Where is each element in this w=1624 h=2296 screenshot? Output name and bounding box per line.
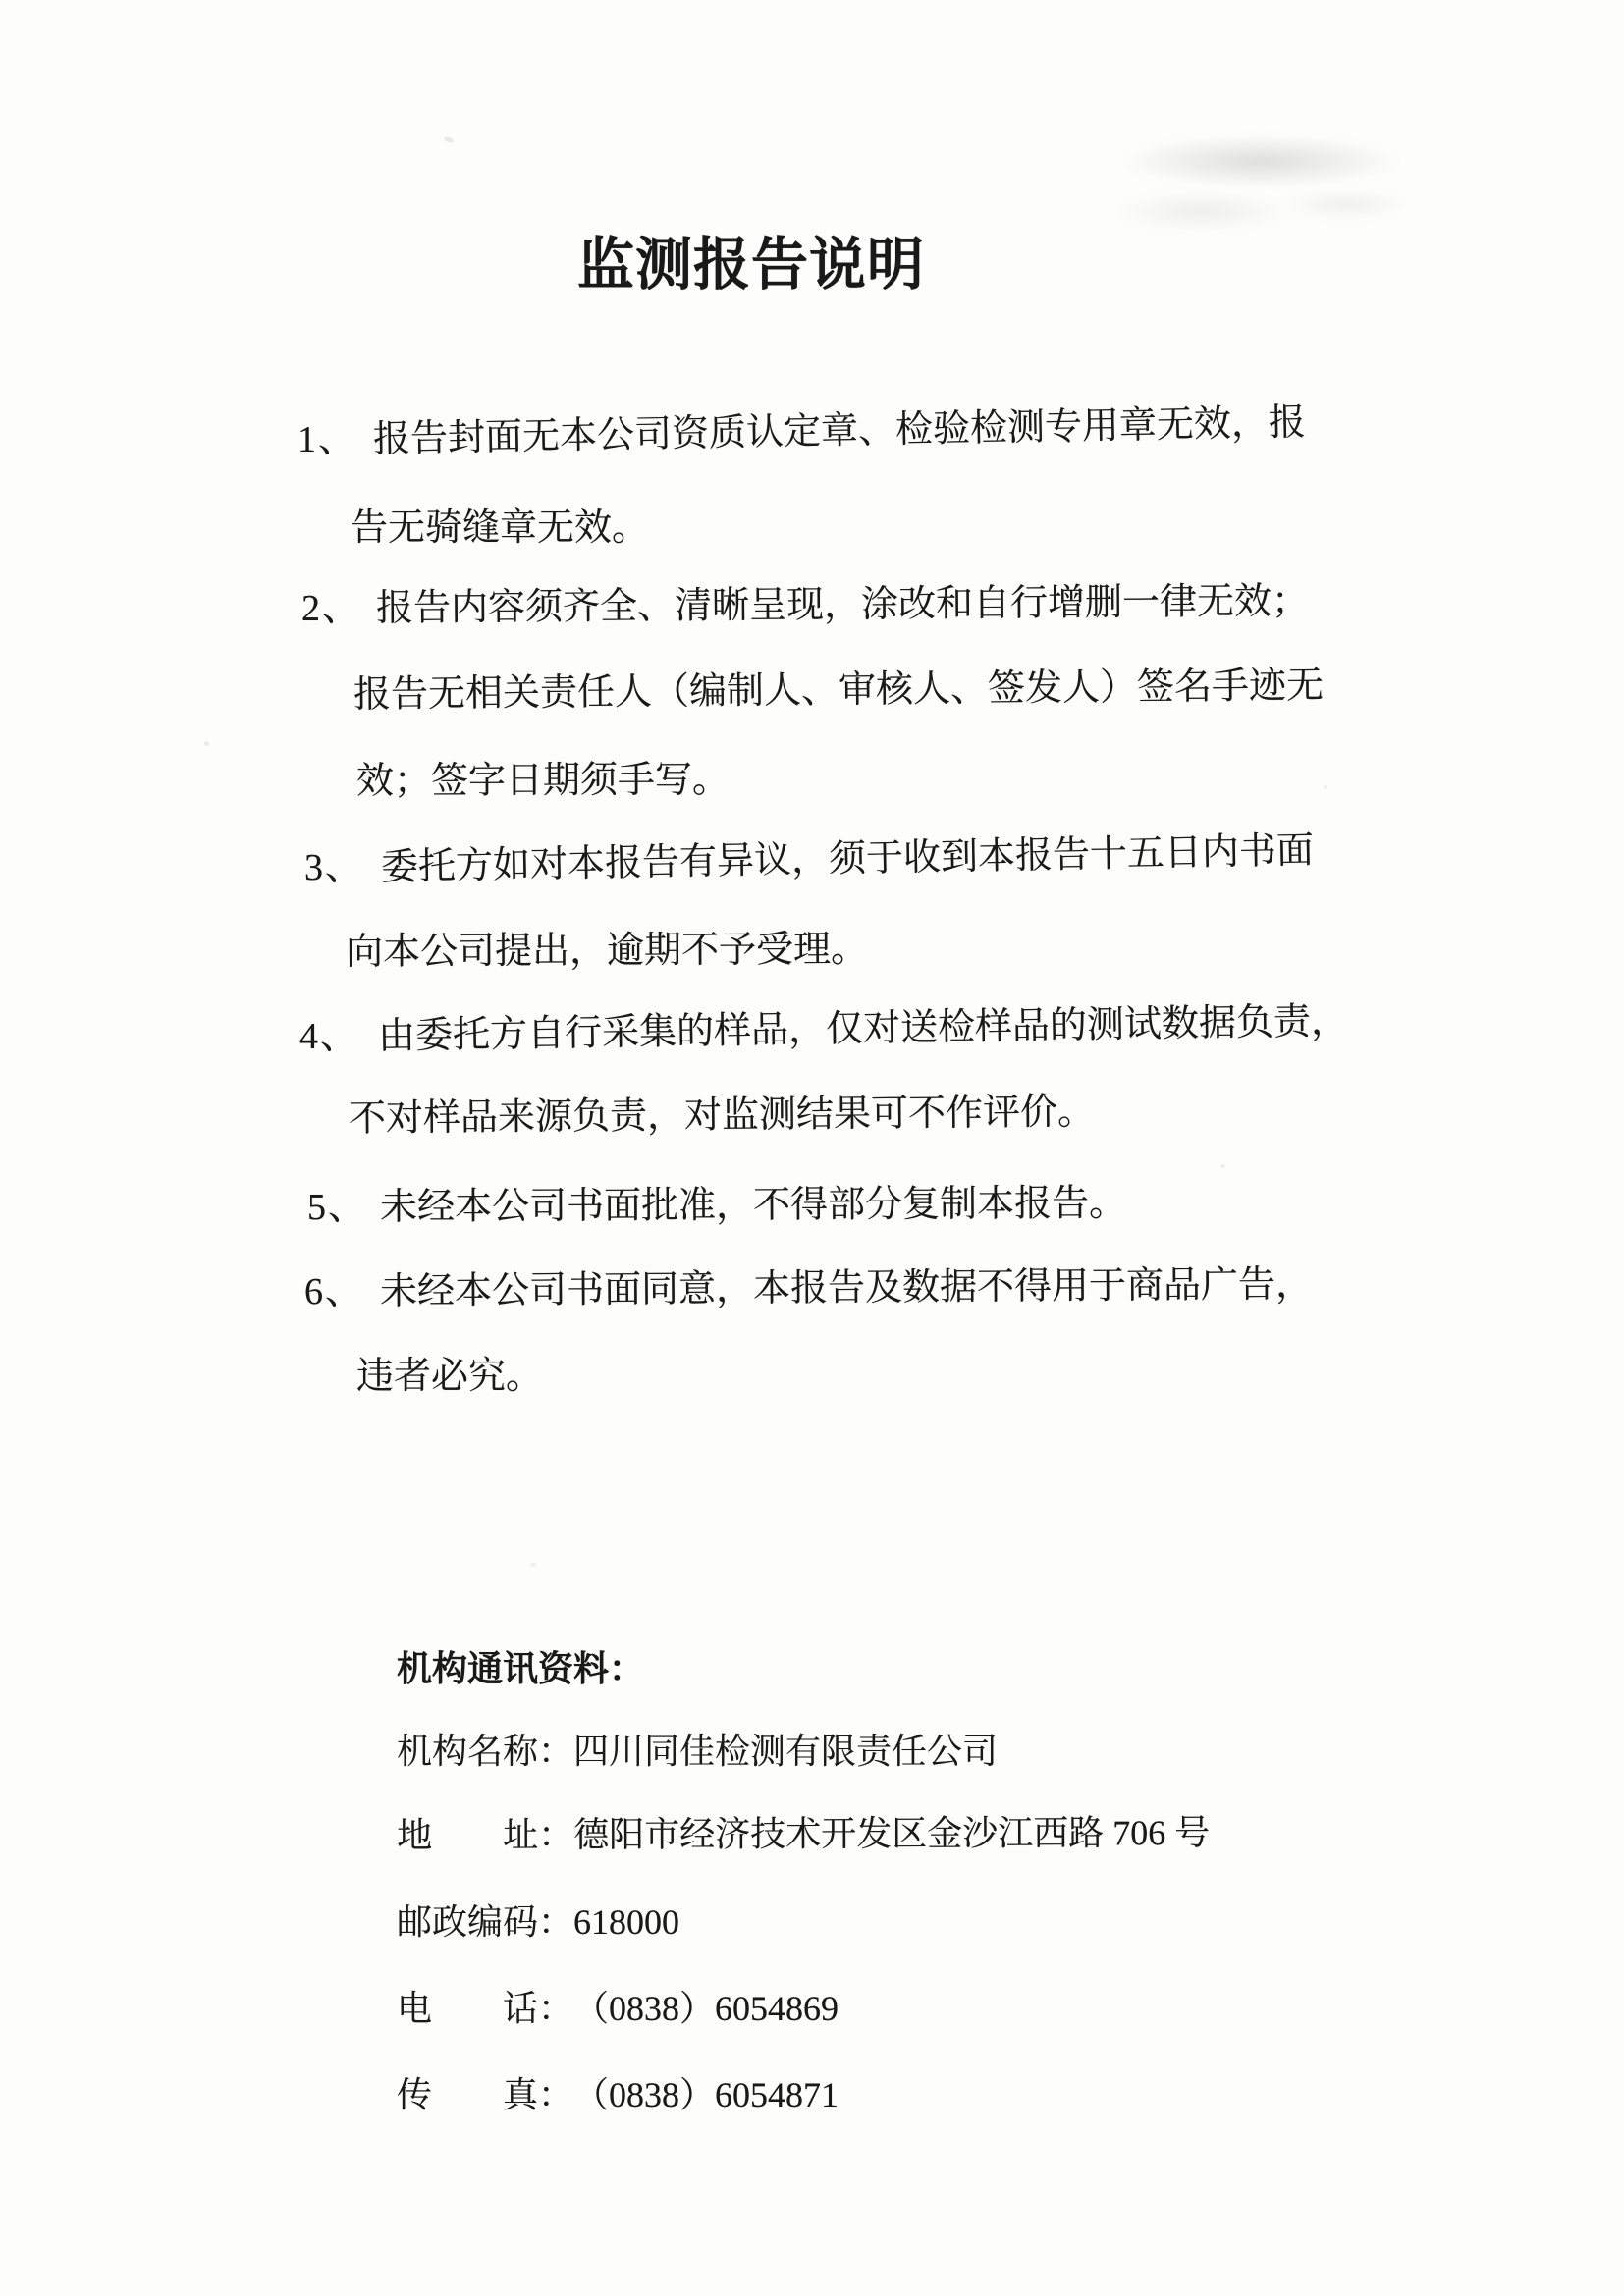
item-5-line-1: 未经本公司书面批准，不得部分复制本报告。	[380, 1172, 1126, 1230]
list-item-5: 5、 未经本公司书面批准，不得部分复制本报告。	[0, 1176, 1624, 1225]
list-item-3-cont: 向本公司提出，逾期不予受理。	[0, 921, 1624, 970]
list-item-2-cont: 报告无相关责任人（编制人、审核人、签发人）签名手迹无	[0, 664, 1624, 713]
list-item-6-cont: 违者必究。	[0, 1345, 1624, 1394]
scan-speck	[204, 741, 209, 746]
item-1-line-2: 告无骑缝章无效。	[351, 497, 649, 551]
scan-speck	[530, 1563, 536, 1567]
list-item-6: 6、 未经本公司书面同意，本报告及数据不得用于商品广告，	[0, 1260, 1624, 1309]
item-6-line-2: 违者必究。	[356, 1345, 543, 1399]
list-item-2: 2、 报告内容须齐全、清晰呈现，涂改和自行增删一律无效；	[0, 577, 1624, 626]
contact-label: 地 址：	[397, 1807, 573, 1858]
contact-heading: 机构通讯资料：	[361, 1600, 644, 1647]
item-2-line-1: 报告内容须齐全、清晰呈现，涂改和自行增删一律无效；	[376, 570, 1309, 631]
list-item-2-cont: 效；签字日期须手写。	[0, 750, 1624, 799]
item-6-number: 6、	[304, 1260, 364, 1314]
scanned-document-page: 监测报告说明 1、 报告封面无本公司资质认定章、检验检测专用章无效，报 告无骑缝…	[0, 0, 1624, 2296]
scan-smudge	[1041, 108, 1463, 275]
contact-label: 邮政编码：	[397, 1895, 573, 1945]
item-3-line-1: 委托方如对本报告有异议，须于收到本报告十五日内书面	[380, 820, 1314, 890]
list-item-1-cont: 告无骑缝章无效。	[0, 497, 1624, 546]
item-1-line-1: 报告封面无本公司资质认定章、检验检测专用章无效，报	[372, 392, 1306, 462]
contact-value: 德阳市经济技术开发区金沙江西路 706 号	[573, 1805, 1210, 1857]
list-item-4-cont: 不对样品来源负责，对监测结果可不作评价。	[0, 1088, 1624, 1137]
contact-value: （0838）6054869	[573, 1981, 839, 2031]
item-3-number: 3、	[304, 836, 364, 890]
contact-row-fax: 传 真：（0838）6054871	[361, 2026, 839, 2073]
contact-row-phone: 电 话：（0838）6054869	[361, 1940, 839, 1987]
item-6-line-1: 未经本公司书面同意，本报告及数据不得用于商品广告，	[380, 1254, 1313, 1314]
contact-value: （0838）6054871	[573, 2067, 839, 2117]
item-1-number: 1、	[298, 408, 357, 462]
document-title: 监测报告说明	[577, 218, 925, 300]
contact-label: 传 真：	[397, 2067, 573, 2117]
contact-row-name: 机构名称：四川同佳检测有限责任公司	[361, 1682, 998, 1730]
item-5-number: 5、	[307, 1176, 367, 1230]
list-item-3: 3、 委托方如对本报告有异议，须于收到本报告十五日内书面	[0, 836, 1624, 885]
item-3-line-2: 向本公司提出，逾期不予受理。	[346, 918, 868, 975]
item-4-line-1: 由委托方自行采集的样品，仅对送检样品的测试数据负责，	[378, 989, 1349, 1059]
item-2-line-3: 效；签字日期须手写。	[356, 749, 730, 804]
contact-row-address: 地 址：德阳市经济技术开发区金沙江西路 706 号	[361, 1764, 1210, 1814]
item-4-line-2: 不对样品来源负责，对监测结果可不作评价。	[349, 1081, 1096, 1142]
scan-speck	[1220, 1164, 1225, 1168]
list-item-4: 4、 由委托方自行采集的样品，仅对送检样品的测试数据负责，	[0, 1005, 1624, 1054]
item-2-number: 2、	[301, 577, 361, 631]
list-item-1: 1、 报告封面无本公司资质认定章、检验检测专用章无效，报	[0, 408, 1624, 457]
scan-speck	[443, 135, 454, 143]
contact-row-postcode: 邮政编码：618000	[361, 1853, 679, 1900]
contact-value: 618000	[573, 1901, 679, 1943]
item-4-number: 4、	[299, 1005, 359, 1059]
contact-label: 电 话：	[397, 1981, 573, 2031]
item-2-line-2: 报告无相关责任人（编制人、审核人、签发人）签名手迹无	[353, 655, 1324, 718]
